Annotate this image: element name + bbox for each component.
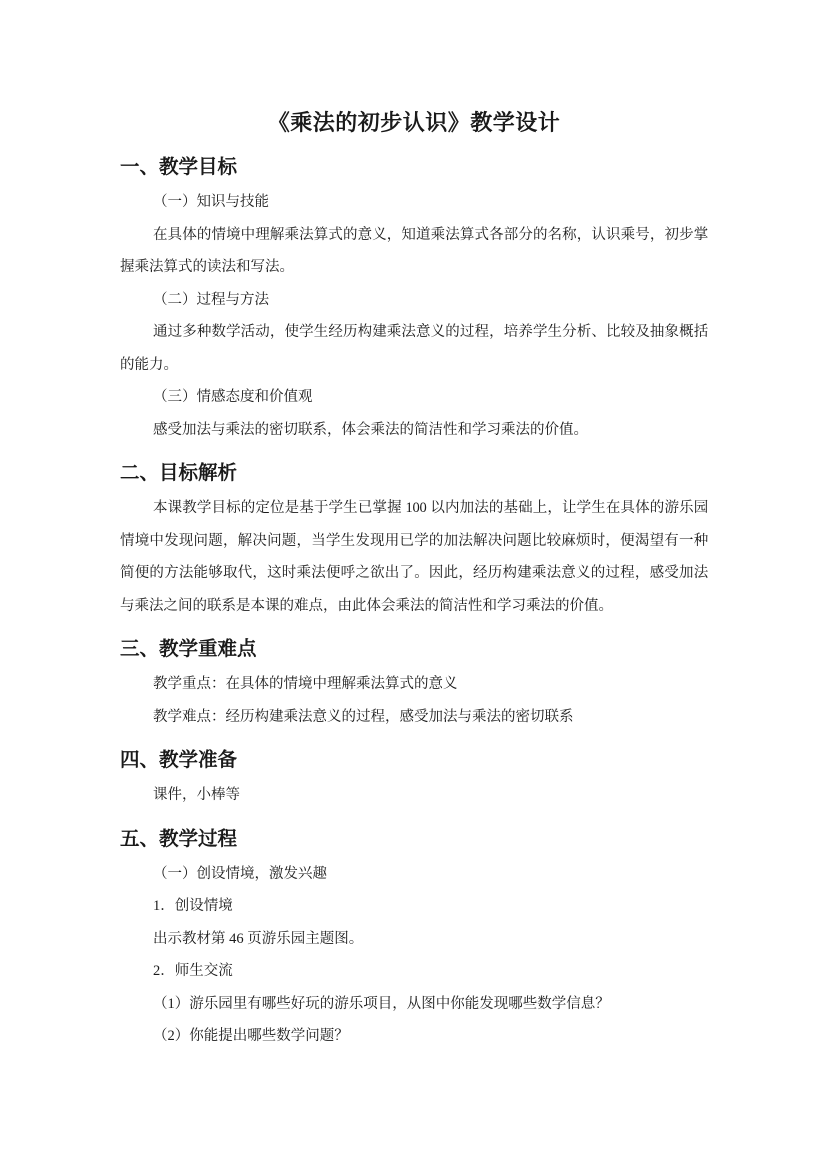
section-teaching-goals: 一、教学目标 （一）知识与技能 在具体的情境中理解乘法算式的意义，知道乘法算式各… <box>120 151 708 446</box>
paragraph-line: 出示教材第 46 页游乐园主题图。 <box>120 923 708 956</box>
section-teaching-process: 五、教学过程 （一）创设情境，激发兴趣 1．创设情境 出示教材第 46 页游乐园… <box>120 823 708 1053</box>
section-teaching-preparation: 四、教学准备 课件，小棒等 <box>120 744 708 812</box>
section-heading: 一、教学目标 <box>120 151 708 184</box>
paragraph-line: 2．师生交流 <box>120 955 708 988</box>
paragraph-line: 本课教学目标的定位是基于学生已掌握 100 以内加法的基础上，让学生在具体的游乐… <box>120 492 708 525</box>
section-heading: 五、教学过程 <box>120 823 708 856</box>
paragraph-line: 情境中发现问题，解决问题，当学生发现用已学的加法解决问题比较麻烦时，便渴望有一种 <box>120 525 708 558</box>
paragraph-line: （2）你能提出哪些数学问题？ <box>120 1020 708 1053</box>
paragraph-line: 教学重点：在具体的情境中理解乘法算式的意义 <box>120 668 708 701</box>
paragraph-line: （一）创设情境，激发兴趣 <box>120 858 708 891</box>
paragraph-line: 简便的方法能够取代，这时乘法便呼之欲出了。因此，经历构建乘法意义的过程，感受加法 <box>120 557 708 590</box>
section-key-difficult-points: 三、教学重难点 教学重点：在具体的情境中理解乘法算式的意义 教学难点：经历构建乘… <box>120 633 708 733</box>
paragraph-line: 与乘法之间的联系是本课的难点，由此体会乘法的简洁性和学习乘法的价值。 <box>120 590 708 623</box>
paragraph-line: 教学难点：经历构建乘法意义的过程，感受加法与乘法的密切联系 <box>120 701 708 734</box>
paragraph-line: 在具体的情境中理解乘法算式的意义，知道乘法算式各部分的名称，认识乘号，初步掌 <box>120 219 708 252</box>
paragraph-line: （二）过程与方法 <box>120 284 708 317</box>
paragraph-line: （1）游乐园里有哪些好玩的游乐项目，从图中你能发现哪些数学信息？ <box>120 988 708 1021</box>
section-heading: 四、教学准备 <box>120 744 708 777</box>
paragraph-line: 1．创设情境 <box>120 890 708 923</box>
paragraph-line: （一）知识与技能 <box>120 186 708 219</box>
section-heading: 二、目标解析 <box>120 457 708 490</box>
section-heading: 三、教学重难点 <box>120 633 708 666</box>
document-content: 《乘法的初步认识》教学设计 一、教学目标 （一）知识与技能 在具体的情境中理解乘… <box>0 0 827 1053</box>
paragraph-line: 感受加法与乘法的密切联系，体会乘法的简洁性和学习乘法的价值。 <box>120 414 708 447</box>
section-goal-analysis: 二、目标解析 本课教学目标的定位是基于学生已掌握 100 以内加法的基础上，让学… <box>120 457 708 622</box>
document-title: 《乘法的初步认识》教学设计 <box>120 106 708 140</box>
document-page: 《乘法的初步认识》教学设计 一、教学目标 （一）知识与技能 在具体的情境中理解乘… <box>0 0 827 1169</box>
paragraph-line: 的能力。 <box>120 349 708 382</box>
paragraph-line: 握乘法算式的读法和写法。 <box>120 251 708 284</box>
paragraph-line: （三）情感态度和价值观 <box>120 381 708 414</box>
paragraph-line: 课件，小棒等 <box>120 779 708 812</box>
paragraph-line: 通过多种数学活动，使学生经历构建乘法意义的过程，培养学生分析、比较及抽象概括 <box>120 316 708 349</box>
